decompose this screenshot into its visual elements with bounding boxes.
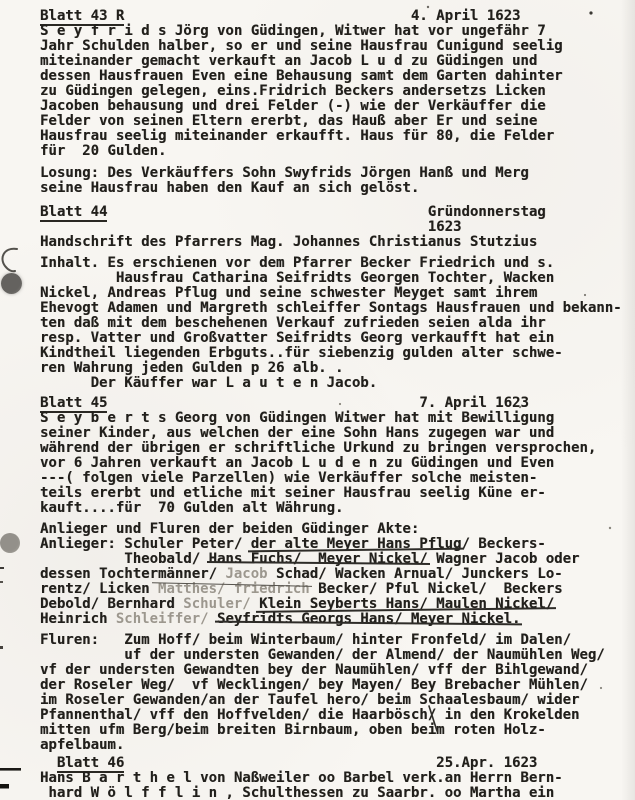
text-line: S e y b e r t s Georg von Güdingen Witwe…	[40, 411, 635, 426]
text-segment: Felder von seinen Eltern ererbt, das Hau…	[40, 113, 537, 129]
text-segment: für 20 Gulden.	[40, 143, 166, 159]
text-segment: Anlieger: Schuler Peter/	[40, 536, 251, 552]
typewritten-text: Blatt 43 R 4. April 1623S e y f r i d s …	[40, 9, 635, 800]
text-segment: seiner Kinder, aus welchen der eine Sohn…	[40, 425, 554, 441]
text-segment	[124, 755, 436, 771]
hand-underlined-text: Klein Seyberts Hans/ Maulen Nickel/	[259, 596, 554, 612]
block-blatt-44-header: Blatt 44 Gründonnerstag 1623Handschrift …	[40, 205, 635, 250]
text-segment: dessen Hausfrauen Even eine Behausung sa…	[40, 68, 563, 84]
text-segment: Debold/ Bernhard	[40, 596, 183, 612]
punch-hole-top	[1, 273, 22, 294]
margin-tick-mark	[0, 784, 9, 789]
text-line: Fluren: Zum Hoff/ beim Winterbaum/ hinte…	[40, 633, 635, 648]
text-segment: 4. April 1623	[411, 8, 521, 24]
faded-typed-text: Matthes/ friedrich	[158, 581, 310, 597]
text-segment: seine Hausfrau haben den Kauf an sich ge…	[40, 180, 419, 196]
text-segment: Wagner Jacob oder	[428, 551, 580, 567]
text-line: vf der understen Gewandten bey der Naumü…	[40, 663, 635, 678]
text-line: Theobald/ Hans Fuchs/ Meyer Nickel/ Wagn…	[40, 552, 635, 567]
text-line: Blatt 44 Gründonnerstag	[40, 205, 635, 220]
edge-speck	[0, 567, 4, 569]
text-line: der Roseler Weg/ vf Wecklingen/ bey Maye…	[40, 678, 635, 693]
text-line: seine Hausfrau haben den Kauf an sich ge…	[40, 181, 635, 196]
text-segment: der Roseler Weg/ vf Wecklingen/ bey Maye…	[40, 677, 588, 693]
text-segment	[40, 219, 428, 235]
text-line: rentz/ Licken Matthes/ friedrich Becker/…	[40, 582, 635, 597]
text-line: zu Güdingen gelegen, eins.Fridrich Becke…	[40, 84, 635, 99]
faded-typed-text: Schleiffer/	[116, 611, 209, 627]
text-line: Debold/ Bernhard Schuler/ Klein Seyberts…	[40, 597, 635, 612]
faded-typed-text: Jacob	[225, 566, 276, 582]
text-segment: Fluren: Zum Hoff/ beim Winterbaum/ hinte…	[40, 632, 571, 648]
block-anlieger: Anlieger und Fluren der beiden Güdinger …	[40, 522, 635, 627]
text-line: mitten ufm Berg/beim breiten Birnbaum, o…	[40, 723, 635, 738]
text-segment: Theobald/	[40, 551, 209, 567]
handwritten-hook-mark	[2, 249, 17, 271]
text-line: uf der understen Gewanden/ der Almend/ d…	[40, 648, 635, 663]
faded-typed-text: Schuler/	[183, 596, 250, 612]
edge-speck	[0, 581, 3, 583]
text-line: Nickel, Andreas Pflug und seine schweste…	[40, 286, 635, 301]
text-segment: Hans B a r t h e l von Naßweiler oo Barb…	[40, 770, 563, 786]
text-line: kauft....für 70 Gulden alt Währung.	[40, 501, 635, 516]
text-line: Blatt 43 R 4. April 1623	[40, 9, 635, 24]
text-segment: hard W ö l f f l i n , Schulthessen zu S…	[40, 785, 554, 800]
text-line: apfelbaum.	[40, 738, 635, 753]
text-line: Ehevogt Adamen und Margreth schleiffer S…	[40, 301, 635, 316]
text-line: Jacoben behausung und drei Felder (-) wi…	[40, 99, 635, 114]
text-segment	[40, 755, 57, 771]
text-line: teils ererbt und etliche mit seiner Haus…	[40, 486, 635, 501]
text-line: Blatt 46 25.Apr. 1623	[40, 756, 635, 771]
text-segment: resp. Vatter und Großvatter Seifridts Ge…	[40, 330, 554, 346]
text-segment: Becker/ Pful Nickel/ Beckers	[310, 581, 563, 597]
text-line: Anlieger und Fluren der beiden Güdinger …	[40, 522, 635, 537]
text-segment: Inhalt. Es erschienen vor dem Pfarrer Be…	[40, 255, 554, 271]
text-segment	[107, 395, 419, 411]
block-fluren: Fluren: Zum Hoff/ beim Winterbaum/ hinte…	[40, 633, 635, 753]
text-segment: uf der understen Gewanden/ der Almend/ d…	[40, 647, 605, 663]
text-segment	[124, 8, 411, 24]
text-segment: Nickel, Andreas Pflug und seine schweste…	[40, 285, 537, 301]
hand-underlined-text: Seyfridts Georgs Hans/ Meyer Nickel.	[217, 611, 520, 627]
scanned-document-page: Blatt 43 R 4. April 1623S e y f r i d s …	[0, 0, 635, 800]
text-line: 1623	[40, 220, 635, 235]
hand-underlined-text: der alte Meyer Hans Pflug	[251, 536, 462, 552]
text-segment: Anlieger und Fluren der beiden Güdinger …	[40, 521, 419, 537]
text-line: Hans B a r t h e l von Naßweiler oo Barb…	[40, 771, 635, 786]
text-segment: miteinander gemacht verkauft an Jacob L …	[40, 53, 537, 69]
text-segment: ren Wahrung jeden Gulden p 26 alb. .	[40, 360, 343, 376]
text-segment: Der Käuffer war L a u t e n Jacob.	[40, 375, 377, 391]
text-segment	[209, 611, 217, 627]
text-line: während der übrigen er schriftliche Urku…	[40, 441, 635, 456]
text-segment: Ehevogt Adamen und Margreth schleiffer S…	[40, 300, 622, 316]
text-line: vor 6 Jahren verkauft an Jacob L u d e n…	[40, 456, 635, 471]
text-line: ---( folgen viele Parzellen) wie Verkäuf…	[40, 471, 635, 486]
block-losung: Losung: Des Verkäuffers Sohn Swyfrids Jö…	[40, 166, 635, 196]
text-segment: vor 6 Jahren verkauft an Jacob L u d e n…	[40, 455, 554, 471]
text-segment: vf der understen Gewandten bey der Naumü…	[40, 662, 588, 678]
text-segment: Kindtheil liegenden Erbguts..für siebenz…	[40, 345, 563, 361]
text-segment: S e y b e r t s Georg von Güdingen Witwe…	[40, 410, 554, 426]
text-segment: apfelbaum.	[40, 737, 124, 753]
text-line: Jahr Schulden halber, so er und seine Ha…	[40, 39, 635, 54]
text-line: ren Wahrung jeden Gulden p 26 alb. .	[40, 361, 635, 376]
text-segment: zu Güdingen gelegen, eins.Fridrich Becke…	[40, 83, 546, 99]
text-segment: Schad/ Wacken Arnual/ Junckers Lo-	[276, 566, 563, 582]
text-line: seiner Kinder, aus welchen der eine Sohn…	[40, 426, 635, 441]
hand-underlined-text: Hans Fuchs/ Meyer Nickel/	[209, 551, 428, 567]
text-segment: / Beckers-	[461, 536, 545, 552]
text-line: ten daß mit dem beschehenen Verkauf zufr…	[40, 316, 635, 331]
text-line: Kindtheil liegenden Erbguts..für siebenz…	[40, 346, 635, 361]
text-segment	[251, 596, 259, 612]
text-segment: Pfannenthal/ vff den Hoffvelden/ die Haa…	[40, 707, 579, 723]
text-line: Anlieger: Schuler Peter/ der alte Meyer …	[40, 537, 635, 552]
text-segment: dessen Tochtermänner/	[40, 566, 225, 582]
text-segment: Handschrift des Pfarrers Mag. Johannes C…	[40, 234, 537, 250]
text-segment	[107, 204, 427, 220]
text-line: resp. Vatter und Großvatter Seifridts Ge…	[40, 331, 635, 346]
block-blatt-45: Blatt 45 7. April 1623S e y b e r t s Ge…	[40, 396, 635, 516]
text-segment: rentz/ Licken	[40, 581, 158, 597]
text-line: dessen Tochtermänner/ Jacob Schad/ Wacke…	[40, 567, 635, 582]
text-line: im Roseler Gewanden/an der Taufel hero/ …	[40, 693, 635, 708]
text-line: hard W ö l f f l i n , Schulthessen zu S…	[40, 786, 635, 800]
text-segment: mitten ufm Berg/beim breiten Birnbaum, o…	[40, 722, 546, 738]
text-line: Heinrich Schleiffer/ Seyfridts Georgs Ha…	[40, 612, 635, 627]
text-line: Hausfrau seelig miteinander erkaufft. Ha…	[40, 129, 635, 144]
text-line: für 20 Gulden.	[40, 144, 635, 159]
text-segment: ten daß mit dem beschehenen Verkauf zufr…	[40, 315, 546, 331]
text-line: miteinander gemacht verkauft an Jacob L …	[40, 54, 635, 69]
text-line: dessen Hausfrauen Even eine Behausung sa…	[40, 69, 635, 84]
punch-hole-bottom	[0, 533, 20, 553]
text-segment: kauft....für 70 Gulden alt Währung.	[40, 500, 343, 516]
margin-tick-mark	[0, 768, 21, 771]
block-blatt-46: Blatt 46 25.Apr. 1623Hans B a r t h e l …	[40, 756, 635, 800]
text-segment: Gründonnerstag	[428, 204, 546, 220]
text-line: Hausfrau Catharina Seifridts Georgen Toc…	[40, 271, 635, 286]
text-segment: ---( folgen viele Parzellen) wie Verkäuf…	[40, 470, 537, 486]
text-segment: im Roseler Gewanden/an der Taufel hero/ …	[40, 692, 579, 708]
text-segment: während der übrigen er schriftliche Urku…	[40, 440, 596, 456]
text-segment: Jahr Schulden halber, so er und seine Ha…	[40, 38, 563, 54]
block-blatt-43r: Blatt 43 R 4. April 1623S e y f r i d s …	[40, 9, 635, 159]
text-segment: Losung: Des Verkäuffers Sohn Swyfrids Jö…	[40, 165, 529, 181]
text-segment: teils ererbt und etliche mit seiner Haus…	[40, 485, 546, 501]
text-segment: 1623	[428, 219, 462, 235]
text-line: Pfannenthal/ vff den Hoffvelden/ die Haa…	[40, 708, 635, 723]
text-line: Handschrift des Pfarrers Mag. Johannes C…	[40, 235, 635, 250]
text-line: Losung: Des Verkäuffers Sohn Swyfrids Jö…	[40, 166, 635, 181]
text-segment: Hausfrau Catharina Seifridts Georgen Toc…	[40, 270, 554, 286]
text-segment: Hausfrau seelig miteinander erkaufft. Ha…	[40, 128, 554, 144]
text-segment: S e y f r i d s Jörg von Güdingen, Witwe…	[40, 23, 546, 39]
text-segment: 25.Apr. 1623	[436, 755, 537, 771]
text-line: Inhalt. Es erschienen vor dem Pfarrer Be…	[40, 256, 635, 271]
text-segment: Jacoben behausung und drei Felder (-) wi…	[40, 98, 546, 114]
text-segment: 7. April 1623	[419, 395, 529, 411]
text-line: S e y f r i d s Jörg von Güdingen, Witwe…	[40, 24, 635, 39]
text-line: Der Käuffer war L a u t e n Jacob.	[40, 376, 635, 391]
text-segment: Heinrich	[40, 611, 116, 627]
text-line: Blatt 45 7. April 1623	[40, 396, 635, 411]
edge-speck	[0, 646, 3, 649]
text-line: Felder von seinen Eltern ererbt, das Hau…	[40, 114, 635, 129]
block-blatt-44-inhalt: Inhalt. Es erschienen vor dem Pfarrer Be…	[40, 256, 635, 391]
